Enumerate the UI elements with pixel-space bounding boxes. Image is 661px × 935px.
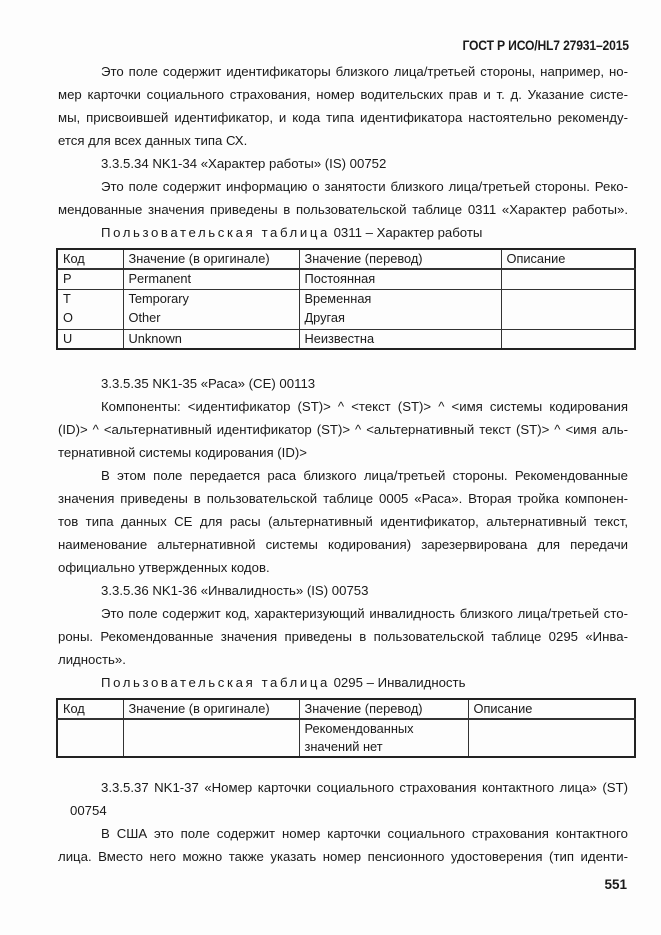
paragraph-line: тернативной системы кодирования (ID)> <box>58 441 628 464</box>
document-page: ГОСТ Р ИСО/HL7 27931–2015 Это поле содер… <box>0 0 661 935</box>
caption-number: 0311 <box>334 225 362 240</box>
header-cell: Значение (перевод) <box>299 699 468 719</box>
cell-description <box>501 329 635 349</box>
paragraph-line: лица. Вместо него можно также указать но… <box>58 845 628 868</box>
cell-original: Other <box>123 309 299 329</box>
table-row: Рекомендованных значений нет <box>57 719 635 757</box>
caption-name: Инвалидность <box>378 675 466 690</box>
table-row: P Permanent Постоянная <box>57 269 635 289</box>
header-cell: Описание <box>468 699 635 719</box>
header-cell: Значение (в оригинале) <box>123 249 299 269</box>
caption-prefix: Пользовательская таблица <box>101 675 330 690</box>
paragraph-line: официально утвержденных кодов. <box>58 556 628 579</box>
cell-description <box>468 719 635 757</box>
paragraph-line: наименование альтернативной системы коди… <box>58 533 628 556</box>
caption-dash: – <box>367 675 374 690</box>
header-cell: Описание <box>501 249 635 269</box>
document-header: ГОСТ Р ИСО/HL7 27931–2015 <box>463 38 629 53</box>
cell-translation: Постоянная <box>299 269 501 289</box>
paragraph-line: Это поле содержит код, характеризующий и… <box>101 602 628 625</box>
paragraph-line: Компоненты: <идентификатор (ST)> ^ <текс… <box>101 395 628 418</box>
table-caption: Пользовательская таблица 0295 – Инвалидн… <box>101 671 628 694</box>
cell-code: U <box>57 329 123 349</box>
caption-number: 0295 <box>334 675 363 690</box>
paragraph-line: роны. Рекомендованные значения приведены… <box>58 625 628 648</box>
paragraph-line: (ID)> ^ <альтернативный идентификатор (S… <box>58 418 628 441</box>
paragraph-line: мендованные значения приведены в пользов… <box>58 198 628 221</box>
cell-translation: Неизвестна <box>299 329 501 349</box>
table-header-row: Код Значение (в оригинале) Значение (пер… <box>57 249 635 269</box>
table-row: O Other Другая <box>57 309 635 329</box>
table-header-row: Код Значение (в оригинале) Значение (пер… <box>57 699 635 719</box>
page-number: 551 <box>604 877 627 892</box>
paragraph-line: Это поле содержит идентификаторы близког… <box>101 60 628 83</box>
cell-translation: Рекомендованных значений нет <box>299 719 468 757</box>
table-0311: Код Значение (в оригинале) Значение (пер… <box>56 248 636 350</box>
section-heading: 3.3.5.36 NK1-36 «Инвалидность» (IS) 0075… <box>101 579 628 602</box>
cell-original: Permanent <box>123 269 299 289</box>
caption-dash: – <box>366 225 373 240</box>
paragraph-line: значения приведены в пользовательской та… <box>58 487 628 510</box>
header-cell: Код <box>57 249 123 269</box>
table-caption: Пользовательская таблица 0311 – Характер… <box>101 221 628 244</box>
caption-prefix: Пользовательская таблица <box>101 225 330 240</box>
section-heading: 3.3.5.34 NK1-34 «Характер работы» (IS) 0… <box>101 152 628 175</box>
cell-original: Temporary <box>123 289 299 309</box>
cell-translation: Другая <box>299 309 501 329</box>
cell-code <box>57 719 123 757</box>
table-row: T Temporary Временная <box>57 289 635 309</box>
paragraph-line: В этом поле передается раса близкого лиц… <box>101 464 628 487</box>
paragraph-line: мы, присвоившей идентификатор, и кода ти… <box>58 106 628 129</box>
cell-description <box>501 309 635 329</box>
paragraph-line: В США это поле содержит номер карточки с… <box>101 822 628 845</box>
paragraph-line: ется для всех данных типа СХ. <box>58 129 628 152</box>
cell-translation: Временная <box>299 289 501 309</box>
cell-original <box>123 719 299 757</box>
paragraph-line: мер карточки социального страхования, но… <box>58 83 628 106</box>
section-heading-cont: 00754 <box>70 799 640 822</box>
header-cell: Значение (перевод) <box>299 249 501 269</box>
caption-name: Характер работы <box>377 225 483 240</box>
table-row: U Unknown Неизвестна <box>57 329 635 349</box>
paragraph-line: Это поле содержит информацию о занятости… <box>101 175 628 198</box>
section-heading: 3.3.5.37 NK1-37 «Номер карточки социальн… <box>101 776 628 799</box>
header-cell: Значение (в оригинале) <box>123 699 299 719</box>
cell-code: P <box>57 269 123 289</box>
cell-code: O <box>57 309 123 329</box>
cell-code: T <box>57 289 123 309</box>
paragraph-line: тов типа данных CE для расы (альтернатив… <box>58 510 628 533</box>
cell-description <box>501 289 635 309</box>
section-heading: 3.3.5.35 NK1-35 «Раса» (CE) 00113 <box>101 372 628 395</box>
table-0295: Код Значение (в оригинале) Значение (пер… <box>56 698 636 758</box>
cell-description <box>501 269 635 289</box>
paragraph-line: лидность». <box>58 648 628 671</box>
cell-original: Unknown <box>123 329 299 349</box>
header-cell: Код <box>57 699 123 719</box>
